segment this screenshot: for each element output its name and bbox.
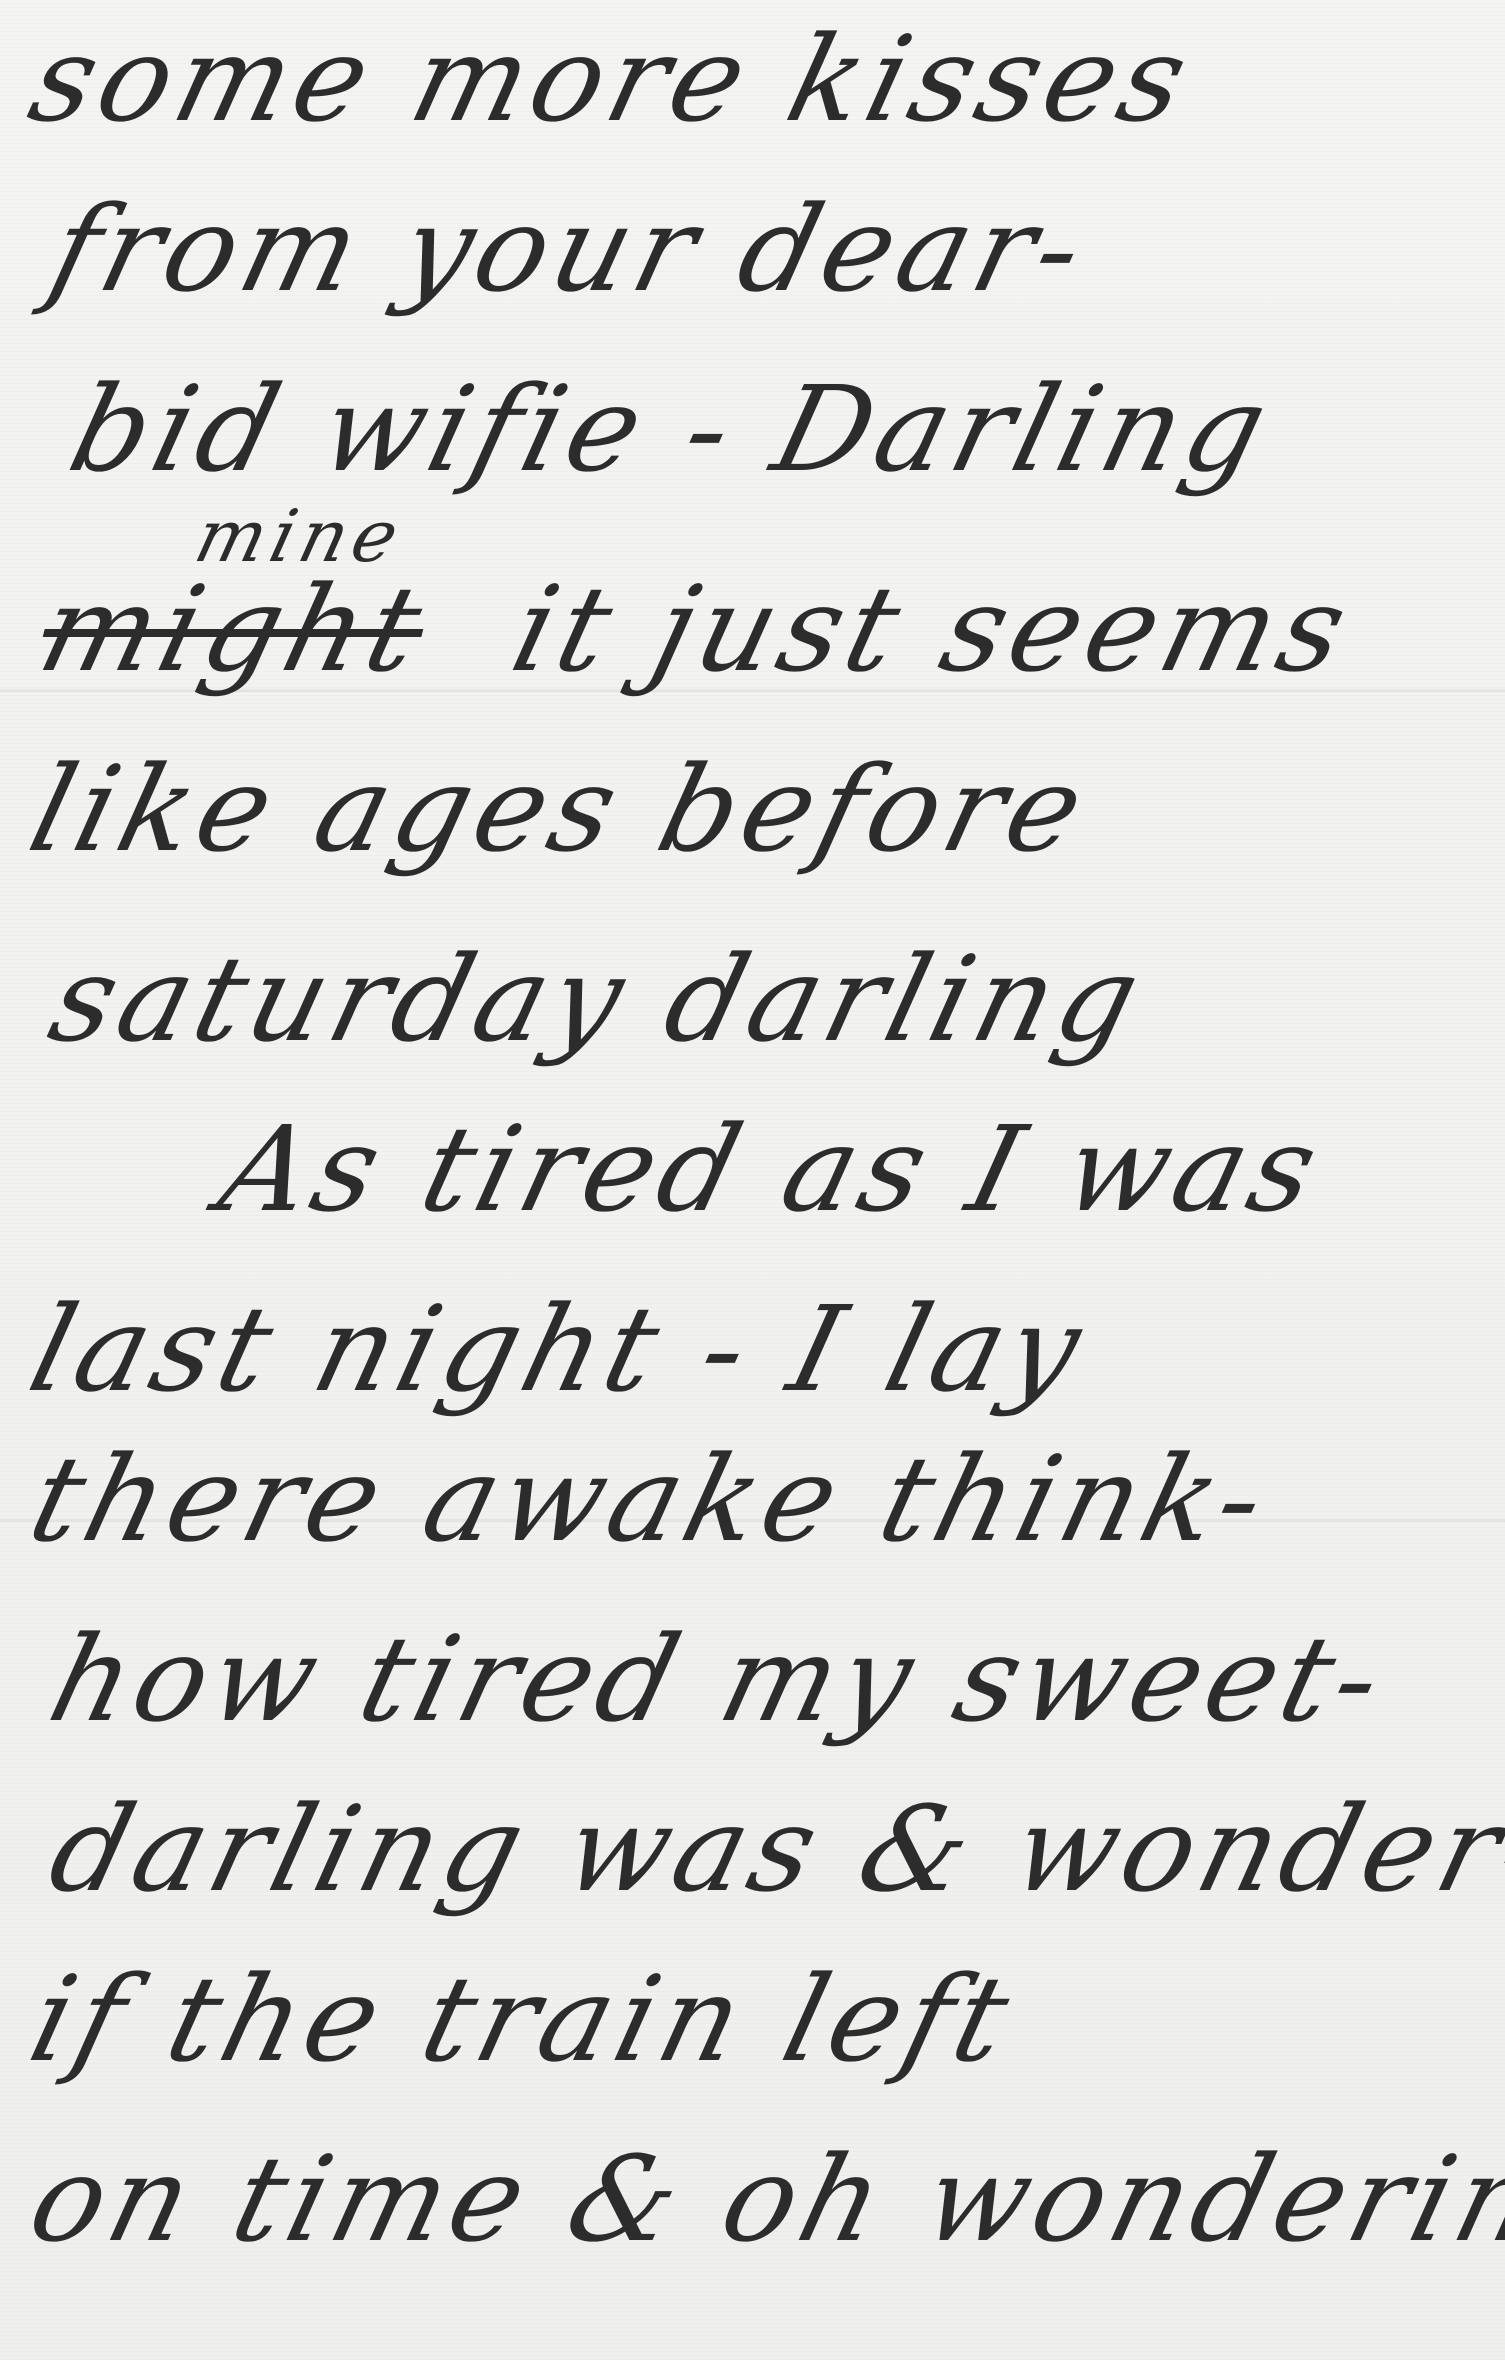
letter-line-13: on time & oh wonderin	[20, 2140, 1505, 2258]
letter-line-2: from your dear-	[40, 190, 1100, 308]
struck-word: might	[30, 570, 438, 688]
letter-line-10: how tired my sweet-	[40, 1620, 1398, 1738]
letter-line-9: there awake think-	[20, 1440, 1281, 1558]
letter-line-11: darling was & wonder-	[40, 1790, 1505, 1908]
line-text: it just seems	[500, 560, 1366, 698]
letter-line-7: As tired as I was	[210, 1110, 1334, 1228]
letter-line-3: bid wifie - Darling	[60, 370, 1283, 488]
letter-line-5: like ages before	[20, 750, 1100, 868]
inserted-word: mine	[189, 500, 411, 572]
letter-line-12: if the train left	[20, 1960, 1025, 2078]
letter-line-1: some more kisses	[20, 20, 1204, 138]
letter-line-8: last night - I lay	[20, 1290, 1097, 1408]
letter-line-6: saturday darling	[40, 940, 1156, 1058]
letter-line-4: might mine it just seems	[30, 570, 1363, 688]
